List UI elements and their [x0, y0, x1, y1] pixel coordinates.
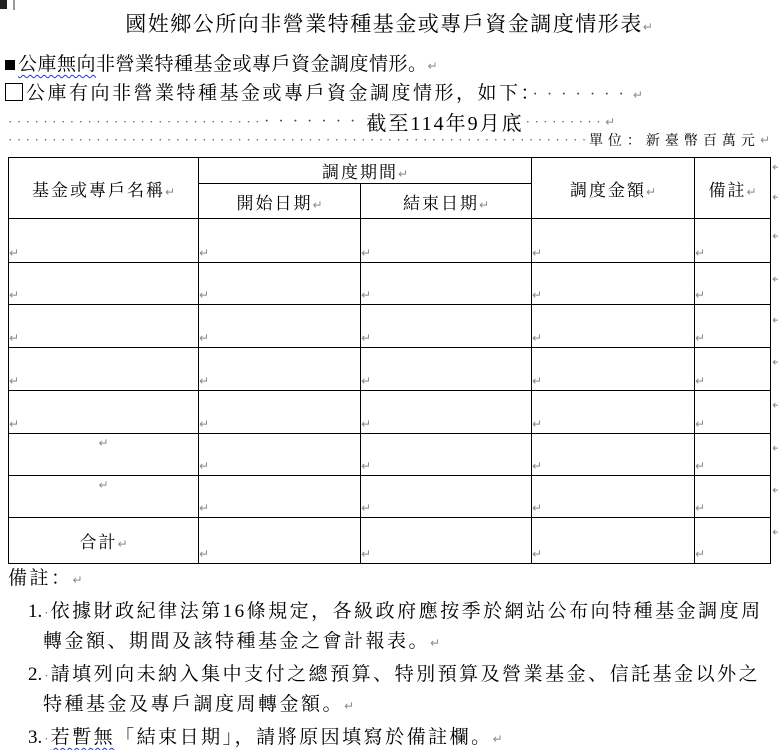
- note-item-1: 1.·依據財政紀律法第16條規定，各級政府應按季於網站公布向特種基金調度周轉金額…: [43, 597, 774, 658]
- pilcrow-mark: ↵: [695, 331, 705, 345]
- table-row: ↵↵↵↵↵: [9, 391, 771, 434]
- pilcrow-mark: ↵: [361, 374, 371, 388]
- pilcrow-mark: ↵: [9, 246, 19, 260]
- pilcrow-mark: ↵: [772, 525, 778, 539]
- pilcrow-mark: ↵: [199, 246, 209, 260]
- unit-label: 單位：新臺幣百萬元: [589, 130, 760, 150]
- pilcrow-mark: ↵: [9, 331, 19, 345]
- pilcrow-mark: ↵: [532, 501, 542, 515]
- space-marks: ········································…: [8, 132, 585, 148]
- empty-cell[interactable]: ↵: [361, 263, 532, 305]
- empty-cell[interactable]: ↵: [532, 391, 695, 434]
- empty-cell[interactable]: ↵: [695, 305, 771, 348]
- pilcrow-mark: ↵: [532, 288, 542, 302]
- empty-cell[interactable]: ↵: [199, 348, 361, 391]
- space-marks: ·······: [533, 86, 633, 103]
- pilcrow-mark: ↵: [695, 501, 705, 515]
- pilcrow-mark: ↵: [361, 501, 371, 515]
- empty-cell[interactable]: ↵: [199, 476, 361, 518]
- pilcrow-mark: ↵: [695, 288, 705, 302]
- pilcrow-mark: ↵: [532, 246, 542, 260]
- pilcrow-mark: ↵: [361, 331, 371, 345]
- pilcrow-mark: ↵: [695, 547, 705, 561]
- document-page: 國姓鄉公所向非營業特種基金或專戶資金調度情形表↵ 公庫無向非營業特種基金或專戶資…: [0, 0, 778, 750]
- header-end-date: 結束日期↵: [361, 184, 532, 219]
- empty-cell[interactable]: ↵: [9, 476, 199, 518]
- empty-cell[interactable]: ↵: [361, 434, 532, 476]
- empty-cell[interactable]: ↵: [695, 219, 771, 263]
- pilcrow-mark: ↵: [165, 185, 175, 199]
- pilcrow-mark: ↵: [532, 547, 542, 561]
- empty-cell[interactable]: ↵: [361, 219, 532, 263]
- empty-cell[interactable]: ↵: [199, 305, 361, 348]
- pilcrow-mark: ↵: [695, 246, 705, 260]
- pilcrow-mark: ↵: [344, 699, 354, 713]
- empty-cell[interactable]: ↵: [361, 305, 532, 348]
- empty-cell[interactable]: ↵: [532, 219, 695, 263]
- pilcrow-mark: ↵: [199, 331, 209, 345]
- pilcrow-mark: ↵: [9, 288, 19, 302]
- space-marks: ·········: [526, 114, 605, 130]
- pilcrow-mark: ↵: [772, 441, 778, 455]
- space-marks: ·····························: [8, 114, 264, 130]
- pilcrow-mark: ↵: [479, 198, 489, 212]
- empty-cell[interactable]: ↵: [695, 348, 771, 391]
- pilcrow-mark: ↵: [199, 417, 209, 431]
- pilcrow-mark: ↵: [772, 160, 778, 174]
- notes-section: 備註：↵ 1.·依據財政紀律法第16條規定，各級政府應按季於網站公布向特種基金調…: [8, 564, 774, 750]
- pilcrow-mark: ↵: [532, 331, 542, 345]
- pilcrow-mark: ↵: [772, 190, 778, 204]
- option-has-transfer-text: 公庫有向非營業特種基金或專戶資金調度情形，如下：: [26, 83, 533, 104]
- header-start-date: 開始日期↵: [199, 184, 361, 219]
- pilcrow-mark: ↵: [532, 417, 542, 431]
- table-row: ↵↵↵↵↵: [9, 476, 771, 518]
- pilcrow-mark: ↵: [312, 198, 322, 212]
- pilcrow-mark: ↵: [646, 185, 656, 199]
- pilcrow-mark: ↵: [361, 246, 371, 260]
- option-no-transfer-text: 非營業特種基金或專戶資金調度情形。: [96, 54, 428, 75]
- total-amount-cell[interactable]: ↵: [532, 518, 695, 564]
- pilcrow-mark: ↵: [361, 288, 371, 302]
- pilcrow-mark: ↵: [9, 417, 19, 431]
- page-title-text: 國姓鄉公所向非營業特種基金或專戶資金調度情形表: [125, 12, 643, 36]
- pilcrow-mark: ↵: [532, 374, 542, 388]
- pilcrow-mark: ↵: [695, 374, 705, 388]
- pilcrow-mark: ↵: [772, 229, 778, 243]
- empty-cell[interactable]: ↵: [532, 434, 695, 476]
- pilcrow-mark: ↵: [746, 185, 756, 199]
- empty-cell[interactable]: ↵: [361, 348, 532, 391]
- total-end-date-cell[interactable]: ↵: [361, 518, 532, 564]
- page-title: 國姓鄉公所向非營業特種基金或專戶資金調度情形表↵: [0, 8, 778, 38]
- empty-cell[interactable]: ↵: [361, 391, 532, 434]
- transfer-table: 基金或專戶名稱↵ 調度期間↵ 調度金額↵ 備註↵ 開始日期↵ 結束日期↵ ↵↵↵…: [8, 157, 771, 564]
- note-3-underlined: 若暫無: [51, 727, 116, 748]
- pilcrow-mark: ↵: [73, 573, 83, 587]
- pilcrow-mark: ↵: [199, 374, 209, 388]
- empty-cell[interactable]: ↵: [9, 348, 199, 391]
- empty-cell[interactable]: ↵: [9, 434, 199, 476]
- empty-cell[interactable]: ↵: [695, 434, 771, 476]
- space-mark: ·: [42, 605, 50, 620]
- pilcrow-mark: ↵: [695, 459, 705, 473]
- empty-cell[interactable]: ↵: [532, 476, 695, 518]
- pilcrow-mark: ↵: [361, 459, 371, 473]
- pilcrow-mark: ↵: [772, 398, 778, 412]
- total-start-date-cell[interactable]: ↵: [199, 518, 361, 564]
- empty-cell[interactable]: ↵: [199, 219, 361, 263]
- pilcrow-mark: ↵: [9, 374, 19, 388]
- checkbox-empty-icon[interactable]: [5, 83, 23, 101]
- pilcrow-mark: ↵: [199, 288, 209, 302]
- empty-cell[interactable]: ↵: [9, 391, 199, 434]
- pilcrow-mark: ↵: [605, 115, 615, 129]
- pilcrow-mark: ↵: [98, 478, 108, 492]
- empty-cell[interactable]: ↵: [532, 348, 695, 391]
- total-row: 合計↵ ↵ ↵ ↵ ↵: [9, 518, 771, 564]
- pilcrow-mark: ↵: [361, 417, 371, 431]
- table-row: ↵↵↵↵↵: [9, 305, 771, 348]
- checkbox-filled-icon[interactable]: [5, 60, 15, 70]
- empty-cell[interactable]: ↵: [9, 219, 199, 263]
- pilcrow-mark: ↵: [199, 501, 209, 515]
- unit-line: ········································…: [8, 130, 770, 150]
- total-label-cell: 合計↵: [9, 518, 199, 564]
- pilcrow-mark: ↵: [532, 459, 542, 473]
- header-amount: 調度金額↵: [532, 158, 695, 219]
- table-row: ↵↵↵↵↵: [9, 348, 771, 391]
- pilcrow-mark: ↵: [760, 133, 770, 147]
- notes-label: 備註：↵: [8, 564, 774, 595]
- pilcrow-mark: ↵: [361, 547, 371, 561]
- empty-cell[interactable]: ↵: [695, 476, 771, 518]
- table-row: ↵↵↵↵↵: [9, 263, 771, 305]
- empty-cell[interactable]: ↵: [199, 391, 361, 434]
- empty-cell[interactable]: ↵: [9, 263, 199, 305]
- pilcrow-mark: ↵: [772, 483, 778, 497]
- table-row: ↵↵↵↵↵: [9, 219, 771, 263]
- empty-data-rows: ↵↵↵↵↵↵↵↵↵↵↵↵↵↵↵↵↵↵↵↵↵↵↵↵↵↵↵↵↵↵↵↵↵↵↵: [9, 219, 771, 518]
- note-item-2: 2.·請填列向未納入集中支付之總預算、特別預算及營業基金、信託基金以外之特種基金…: [43, 660, 774, 721]
- empty-cell[interactable]: ↵: [361, 476, 532, 518]
- space-mark: ·: [42, 731, 50, 746]
- pilcrow-mark: ↵: [98, 436, 108, 450]
- empty-cell[interactable]: ↵: [532, 305, 695, 348]
- empty-cell[interactable]: ↵: [532, 263, 695, 305]
- header-note: 備註↵: [695, 158, 771, 219]
- table-row: ↵↵↵↵↵: [9, 434, 771, 476]
- empty-cell[interactable]: ↵: [695, 263, 771, 305]
- pilcrow-mark: ↵: [643, 20, 653, 34]
- pilcrow-mark: ↵: [428, 59, 438, 73]
- pilcrow-mark: ↵: [772, 272, 778, 286]
- space-marks: ·······: [264, 113, 364, 131]
- option-has-transfer[interactable]: 公庫有向非營業特種基金或專戶資金調度情形，如下：·······↵: [5, 78, 643, 105]
- pilcrow-mark: ↵: [695, 417, 705, 431]
- pilcrow-mark: ↵: [398, 167, 408, 181]
- total-note-cell[interactable]: ↵: [695, 518, 771, 564]
- pilcrow-mark: ↵: [772, 355, 778, 369]
- pilcrow-mark: ↵: [772, 313, 778, 327]
- pilcrow-mark: ↵: [430, 636, 440, 650]
- empty-cell[interactable]: ↵: [9, 305, 199, 348]
- pilcrow-mark: ↵: [199, 547, 209, 561]
- note-item-3: 3.·若暫無「結束日期」，請將原因填寫於備註欄。↵: [43, 723, 774, 750]
- space-mark: ·: [42, 668, 50, 683]
- option-no-transfer-underlined: 公庫無向: [18, 54, 96, 75]
- header-period: 調度期間↵: [199, 158, 532, 184]
- pilcrow-mark: ↵: [493, 732, 503, 746]
- pilcrow-mark: ↵: [117, 537, 127, 551]
- empty-cell[interactable]: ↵: [199, 263, 361, 305]
- empty-cell[interactable]: ↵: [199, 434, 361, 476]
- pilcrow-mark: ↵: [633, 88, 643, 102]
- header-fund-name: 基金或專戶名稱↵: [9, 158, 199, 219]
- option-no-transfer[interactable]: 公庫無向非營業特種基金或專戶資金調度情形。↵: [5, 49, 438, 76]
- empty-cell[interactable]: ↵: [695, 391, 771, 434]
- pilcrow-mark: ↵: [199, 459, 209, 473]
